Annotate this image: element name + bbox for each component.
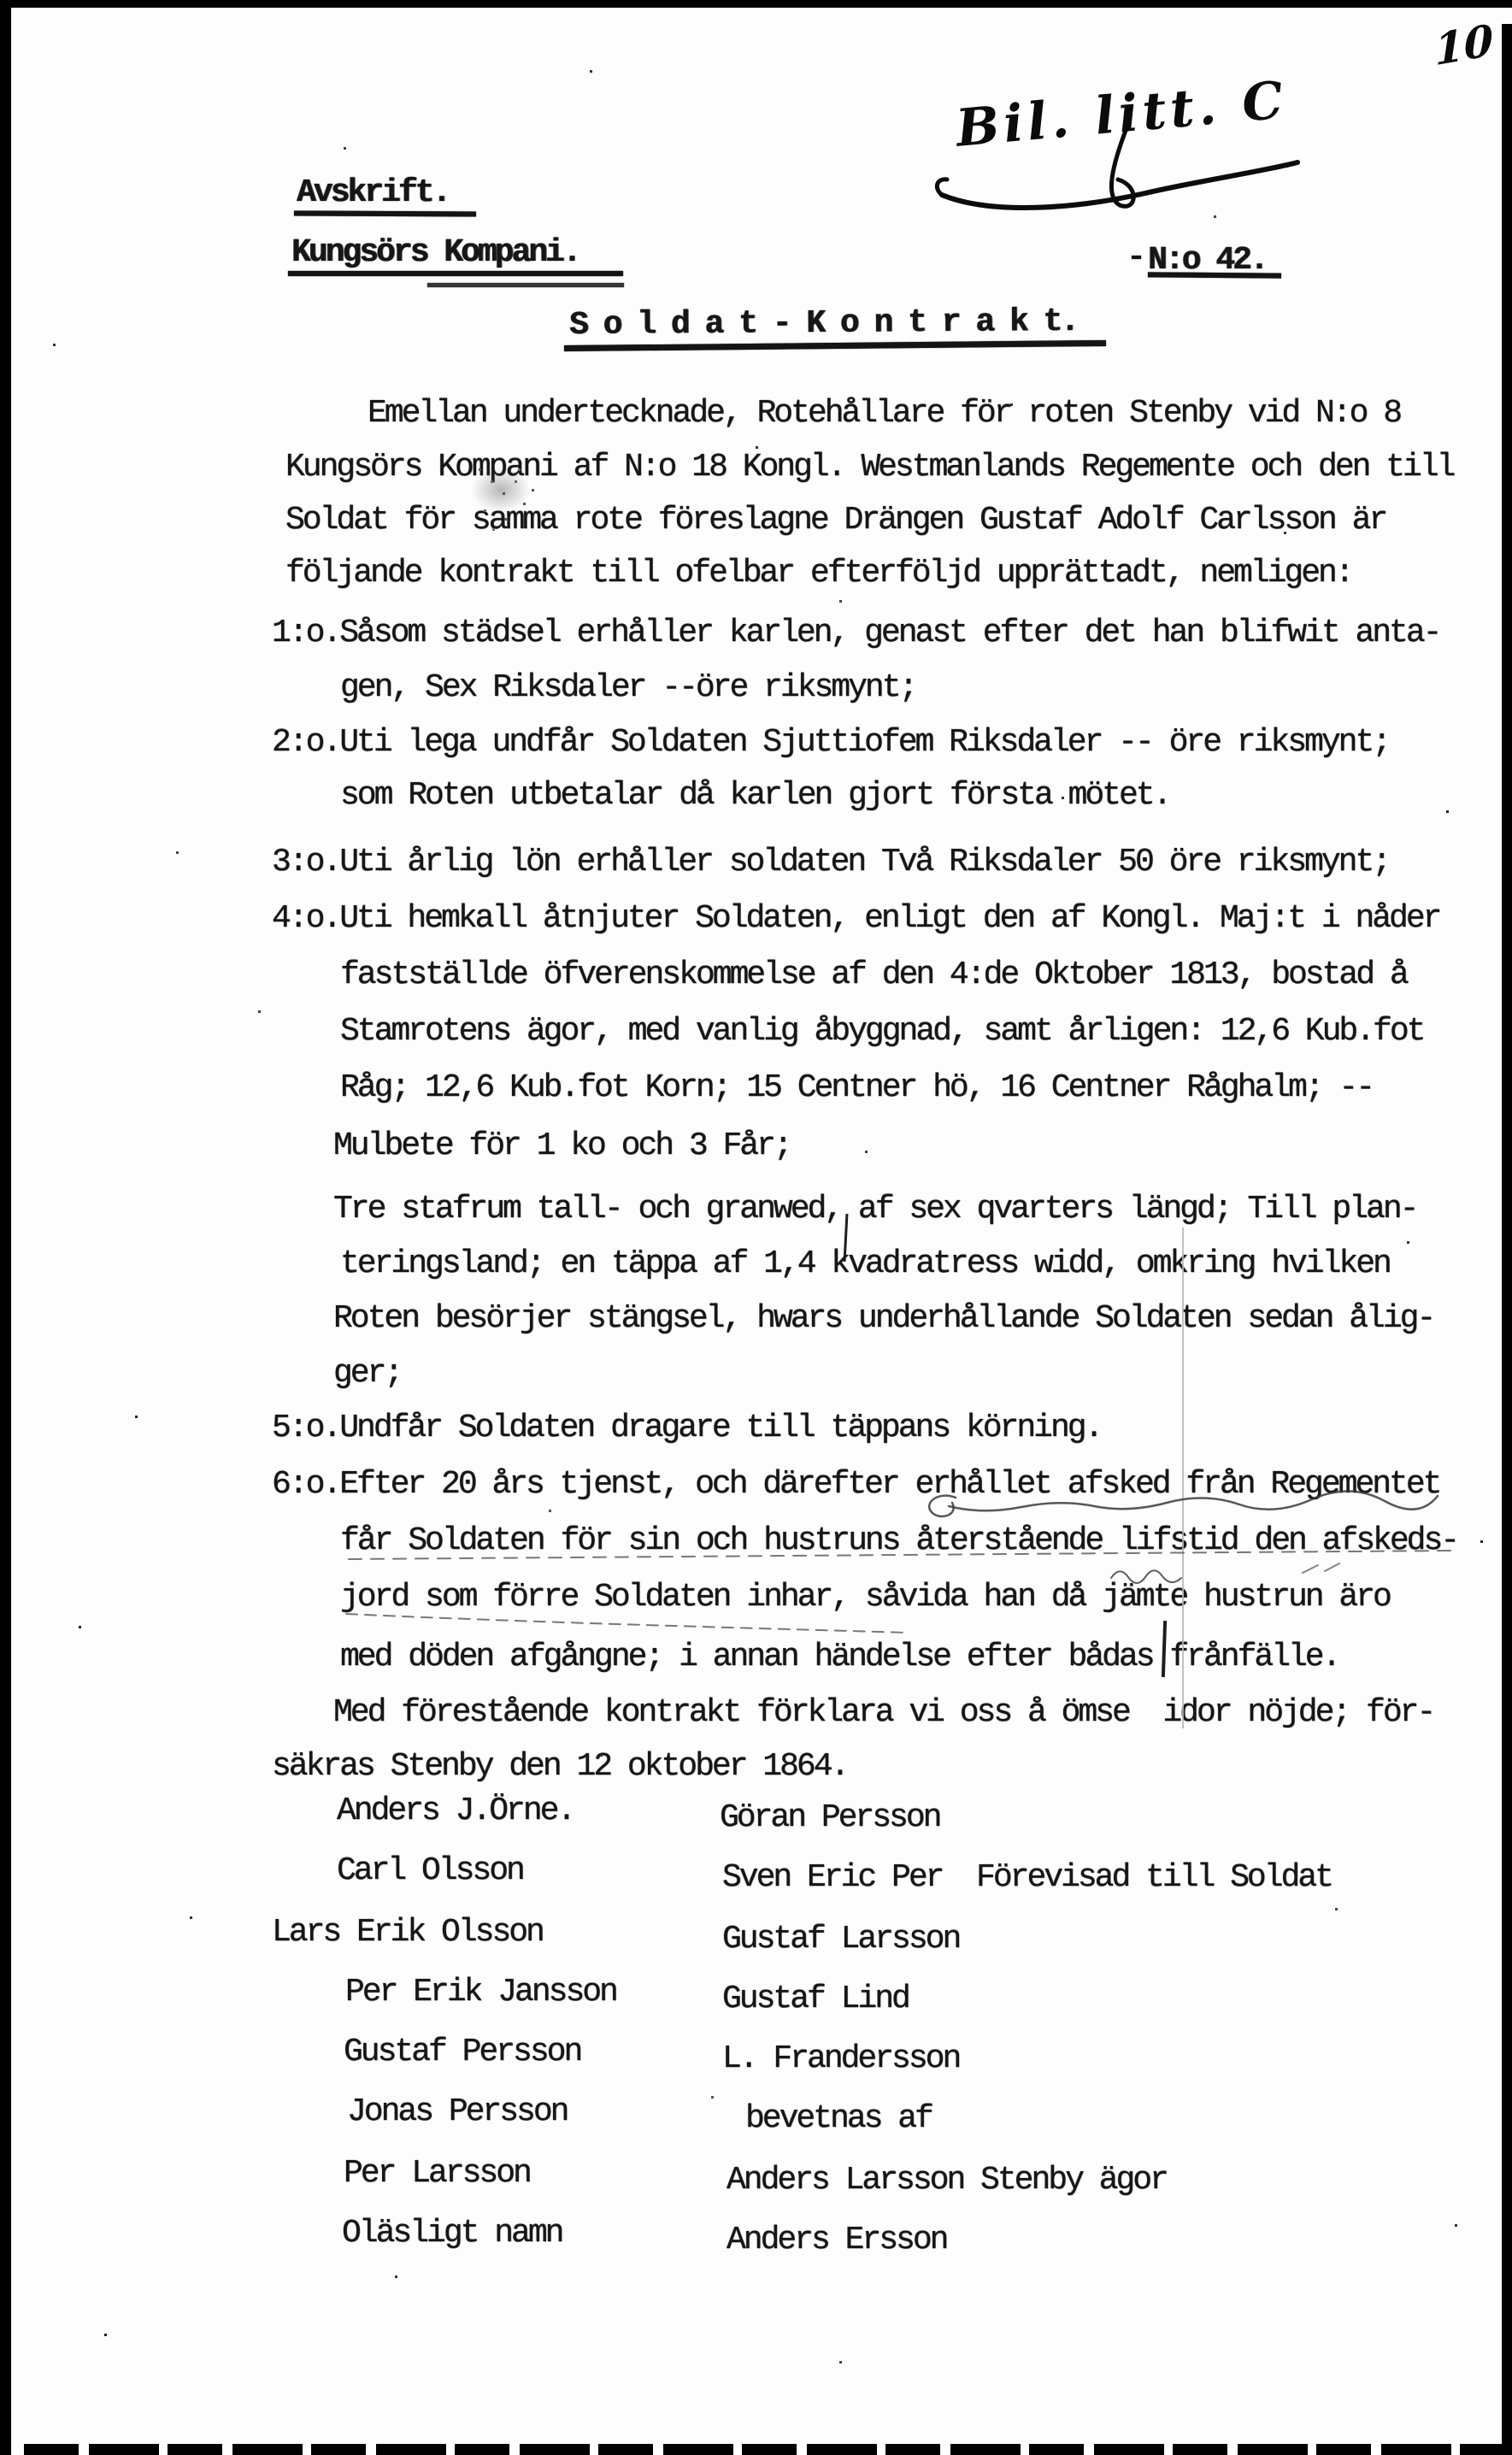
signature-name: Anders Larsson Stenby ägor <box>727 2164 1167 2197</box>
handwritten-attachment-note: Bil. litt. C <box>954 74 1289 155</box>
noise-speckles <box>0 0 3 3</box>
scan-edge-right <box>1502 24 1512 2455</box>
signature-name: Carl Olsson <box>337 1855 523 1887</box>
ink-smudge <box>460 458 542 521</box>
handwriting-flourish <box>0 0 1512 2455</box>
crease-line <box>1182 1227 1184 1728</box>
signature-name: Anders J.Örne. <box>337 1795 574 1828</box>
company-underline <box>288 271 623 276</box>
contract-line: Råg; 12,6 Kub.fot Korn; 15 Centner hö, 1… <box>340 1072 1373 1104</box>
signature-name: Göran Persson <box>720 1802 939 1834</box>
signature-name: Sven Eric Per Förevisad till Soldat <box>722 1862 1332 1894</box>
contract-line: med döden afgångne; i annan händelse eft… <box>340 1641 1338 1674</box>
document-page: 10 Bil. litt. C Avskrift. Kungsörs Kompa… <box>0 0 1512 2455</box>
signature-name: Jonas Persson <box>347 2096 567 2128</box>
contract-line: Soldat för samma rote föreslagne Drängen… <box>285 504 1386 537</box>
contract-line: Roten besörjer stängsel, hwars underhåll… <box>333 1303 1433 1335</box>
contract-line: jord som förre Soldaten inhar, såvida ha… <box>340 1581 1390 1614</box>
contract-line: 6:o.Efter 20 års tjenst, och därefter er… <box>272 1469 1439 1501</box>
contract-line: 3:o.Uti årlig lön erhåller soldaten Två … <box>272 846 1389 879</box>
signature-name: bevetnas af <box>745 2103 932 2135</box>
document-title: S o l d a t - K o n t r a k t. <box>569 306 1077 342</box>
contract-line: Mulbete för 1 ko och 3 Får; <box>333 1130 791 1163</box>
contract-line: gen, Sex Riksdaler --öre riksmynt; <box>340 672 915 704</box>
contract-line: 5:o.Undfår Soldaten dragare till täppans… <box>272 1412 1101 1445</box>
signature-name: Per Larsson <box>344 2158 530 2190</box>
copy-label: Avskrift. <box>297 177 449 209</box>
contract-line: teringsland; en täppa af 1,4 kvadratress… <box>340 1248 1390 1280</box>
contract-line: Stamrotens ägor, med vanlig åbyggnad, sa… <box>340 1016 1423 1048</box>
scan-edge-left <box>0 0 11 2455</box>
contract-line: får Soldaten för sin och hustruns återst… <box>340 1525 1457 1557</box>
company-underline-2 <box>427 283 624 287</box>
handwritten-page-number: 10 <box>1434 19 1494 73</box>
signature-name: Gustaf Lind <box>722 1983 909 2016</box>
contract-line: 4:o.Uti hemkall åtnjuter Soldaten, enlig… <box>272 903 1439 935</box>
signature-name: Per Erik Jansson <box>345 1976 616 2009</box>
scan-edge-top <box>0 0 1512 8</box>
signature-name: L. Frandersson <box>722 2043 959 2075</box>
signature-name: Gustaf Persson <box>344 2036 580 2069</box>
signature-name: Anders Ersson <box>727 2224 946 2257</box>
signature-name: Gustaf Larsson <box>722 1923 959 1956</box>
contract-line: 2:o.Uti lega undfår Soldaten Sjuttiofem … <box>272 727 1389 759</box>
contract-line: ger; <box>333 1357 401 1390</box>
signature-name: Lars Erik Olsson <box>272 1916 543 1949</box>
contract-line: säkras Stenby den 12 oktober 1864. <box>272 1751 847 1783</box>
contract-line: som Roten utbetalar då karlen gjort förs… <box>340 780 1169 812</box>
copy-label-underline <box>294 210 476 216</box>
contract-line: fastställde öfverenskommelse af den 4:de… <box>340 959 1407 992</box>
contract-line: Med förestående kontrakt förklara vi oss… <box>333 1697 1433 1729</box>
signature-name: Oläsligt namn <box>342 2217 562 2250</box>
contract-line: 1:o.Såsom städsel erhåller karlen, genas… <box>272 617 1439 650</box>
number-dash <box>1132 256 1141 259</box>
scan-edge-bottom <box>24 2444 1512 2455</box>
contract-line: Emellan undertecknade, Rotehållare för r… <box>368 397 1400 430</box>
company-name: Kungsörs Kompani. <box>291 237 580 269</box>
contract-line: följande kontrakt till ofelbar efterfölj… <box>285 557 1352 590</box>
contract-line: Tre stafrum tall- och granwed, af sex qv… <box>333 1193 1416 1226</box>
contract-line: Kungsörs Kompani af N:o 18 Kongl. Westma… <box>285 451 1453 484</box>
pencil-annotations <box>0 0 1512 2455</box>
